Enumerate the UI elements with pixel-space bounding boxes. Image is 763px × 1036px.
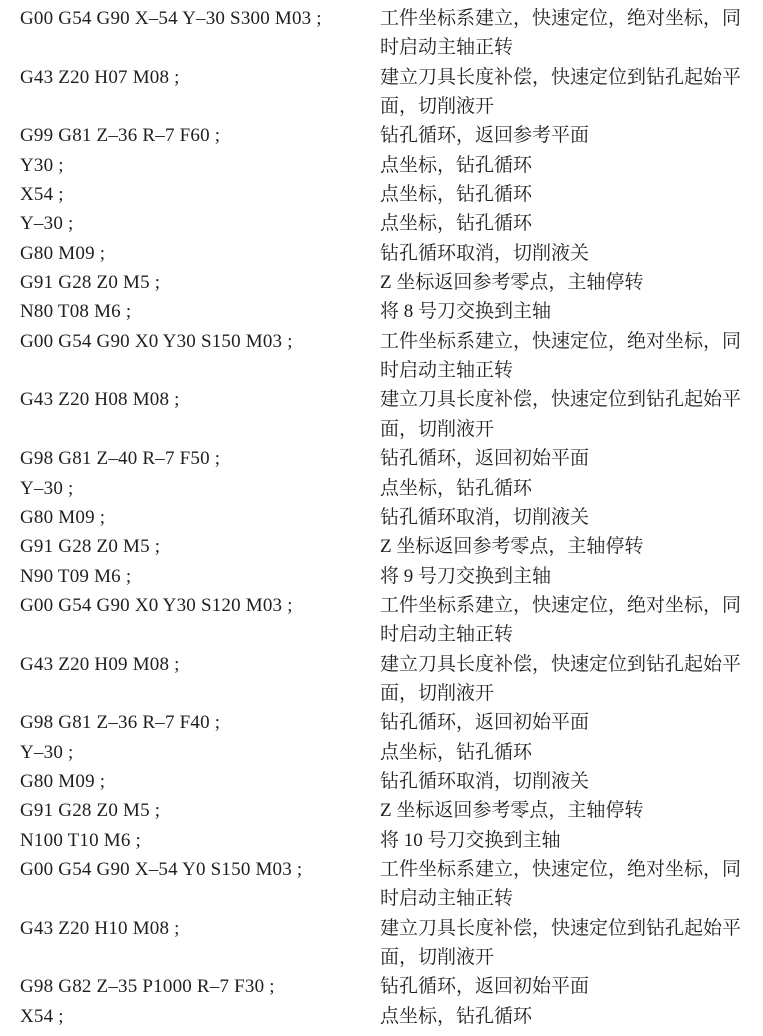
code-row: X54 ; 点坐标，钻孔循环 bbox=[20, 1002, 749, 1031]
code-row: G80 M09 ; 钻孔循环取消，切削液关 bbox=[20, 503, 749, 532]
code-row: N90 T09 M6 ; 将 9 号刀交换到主轴 bbox=[20, 562, 749, 591]
description-cell: 点坐标，钻孔循环 bbox=[380, 151, 748, 180]
description-cell: 建立刀具长度补偿，快速定位到钻孔起始平面，切削液开 bbox=[380, 650, 748, 709]
code-row: G91 G28 Z0 M5 ; Z 坐标返回参考零点，主轴停转 bbox=[20, 796, 749, 825]
code-row: Y–30 ; 点坐标，钻孔循环 bbox=[20, 209, 749, 238]
document-page: G00 G54 G90 X–54 Y–30 S300 M03 ; 工件坐标系建立… bbox=[0, 0, 763, 1036]
gcode-cell: G00 G54 G90 X–54 Y0 S150 M03 ; bbox=[20, 855, 380, 884]
code-row: G43 Z20 H07 M08 ; 建立刀具长度补偿，快速定位到钻孔起始平面，切… bbox=[20, 63, 749, 122]
gcode-cell: X54 ; bbox=[20, 1002, 380, 1031]
code-row: G00 G54 G90 X–54 Y–30 S300 M03 ; 工件坐标系建立… bbox=[20, 4, 749, 63]
gcode-cell: G99 G81 Z–36 R–7 F60 ; bbox=[20, 121, 380, 150]
code-row: G43 Z20 H10 M08 ; 建立刀具长度补偿，快速定位到钻孔起始平面，切… bbox=[20, 914, 749, 973]
code-row: G91 G28 Z0 M5 ; Z 坐标返回参考零点，主轴停转 bbox=[20, 268, 749, 297]
gcode-cell: G80 M09 ; bbox=[20, 239, 380, 268]
description-cell: 点坐标，钻孔循环 bbox=[380, 474, 748, 503]
description-cell: 点坐标，钻孔循环 bbox=[380, 180, 748, 209]
description-cell: 点坐标，钻孔循环 bbox=[380, 738, 748, 767]
gcode-cell: G43 Z20 H09 M08 ; bbox=[20, 650, 380, 679]
gcode-cell: Y–30 ; bbox=[20, 474, 380, 503]
gcode-cell: G00 G54 G90 X0 Y30 S150 M03 ; bbox=[20, 327, 380, 356]
gcode-cell: Y–30 ; bbox=[20, 209, 380, 238]
description-cell: 点坐标，钻孔循环 bbox=[380, 209, 748, 238]
description-cell: 将 9 号刀交换到主轴 bbox=[380, 562, 748, 591]
code-row: G80 M09 ; 钻孔循环取消，切削液关 bbox=[20, 767, 749, 796]
code-row: G00 G54 G90 X–54 Y0 S150 M03 ; 工件坐标系建立，快… bbox=[20, 855, 749, 914]
description-cell: 将 8 号刀交换到主轴 bbox=[380, 297, 748, 326]
description-cell: 钻孔循环，返回初始平面 bbox=[380, 444, 748, 473]
code-row: N80 T08 M6 ; 将 8 号刀交换到主轴 bbox=[20, 297, 749, 326]
gcode-cell: G91 G28 Z0 M5 ; bbox=[20, 268, 380, 297]
code-row: Y–30 ; 点坐标，钻孔循环 bbox=[20, 738, 749, 767]
gcode-cell: G98 G81 Z–36 R–7 F40 ; bbox=[20, 708, 380, 737]
code-row: G43 Z20 H08 M08 ; 建立刀具长度补偿，快速定位到钻孔起始平面，切… bbox=[20, 385, 749, 444]
description-cell: 钻孔循环取消，切削液关 bbox=[380, 239, 748, 268]
code-row: G98 G81 Z–40 R–7 F50 ; 钻孔循环，返回初始平面 bbox=[20, 444, 749, 473]
code-row: G99 G81 Z–36 R–7 F60 ; 钻孔循环，返回参考平面 bbox=[20, 121, 749, 150]
description-cell: 钻孔循环取消，切削液关 bbox=[380, 503, 748, 532]
gcode-listing: G00 G54 G90 X–54 Y–30 S300 M03 ; 工件坐标系建立… bbox=[20, 4, 749, 1031]
gcode-cell: N80 T08 M6 ; bbox=[20, 297, 380, 326]
gcode-cell: Y–30 ; bbox=[20, 738, 380, 767]
gcode-cell: N90 T09 M6 ; bbox=[20, 562, 380, 591]
description-cell: 工件坐标系建立，快速定位，绝对坐标，同时启动主轴正转 bbox=[380, 4, 748, 63]
description-cell: 建立刀具长度补偿，快速定位到钻孔起始平面，切削液开 bbox=[380, 914, 748, 973]
gcode-cell: G91 G28 Z0 M5 ; bbox=[20, 796, 380, 825]
gcode-cell: G43 Z20 H08 M08 ; bbox=[20, 385, 380, 414]
code-row: N100 T10 M6 ; 将 10 号刀交换到主轴 bbox=[20, 826, 749, 855]
description-cell: 钻孔循环，返回初始平面 bbox=[380, 972, 748, 1001]
gcode-cell: X54 ; bbox=[20, 180, 380, 209]
description-cell: 钻孔循环取消，切削液关 bbox=[380, 767, 748, 796]
description-cell: 点坐标，钻孔循环 bbox=[380, 1002, 748, 1031]
gcode-cell: N100 T10 M6 ; bbox=[20, 826, 380, 855]
description-cell: 钻孔循环，返回参考平面 bbox=[380, 121, 748, 150]
description-cell: 工件坐标系建立，快速定位，绝对坐标，同时启动主轴正转 bbox=[380, 855, 748, 914]
description-cell: 工件坐标系建立，快速定位，绝对坐标，同时启动主轴正转 bbox=[380, 591, 748, 650]
description-cell: Z 坐标返回参考零点，主轴停转 bbox=[380, 268, 748, 297]
description-cell: 钻孔循环，返回初始平面 bbox=[380, 708, 748, 737]
code-row: G00 G54 G90 X0 Y30 S150 M03 ; 工件坐标系建立，快速… bbox=[20, 327, 749, 386]
gcode-cell: G80 M09 ; bbox=[20, 503, 380, 532]
code-row: G98 G81 Z–36 R–7 F40 ; 钻孔循环，返回初始平面 bbox=[20, 708, 749, 737]
description-cell: 建立刀具长度补偿，快速定位到钻孔起始平面，切削液开 bbox=[380, 385, 748, 444]
description-cell: 工件坐标系建立，快速定位，绝对坐标，同时启动主轴正转 bbox=[380, 327, 748, 386]
gcode-cell: G80 M09 ; bbox=[20, 767, 380, 796]
code-row: G91 G28 Z0 M5 ; Z 坐标返回参考零点，主轴停转 bbox=[20, 532, 749, 561]
gcode-cell: G43 Z20 H10 M08 ; bbox=[20, 914, 380, 943]
code-row: G98 G82 Z–35 P1000 R–7 F30 ; 钻孔循环，返回初始平面 bbox=[20, 972, 749, 1001]
code-row: G00 G54 G90 X0 Y30 S120 M03 ; 工件坐标系建立，快速… bbox=[20, 591, 749, 650]
gcode-cell: Y30 ; bbox=[20, 151, 380, 180]
gcode-cell: G91 G28 Z0 M5 ; bbox=[20, 532, 380, 561]
gcode-cell: G43 Z20 H07 M08 ; bbox=[20, 63, 380, 92]
description-cell: Z 坐标返回参考零点，主轴停转 bbox=[380, 532, 748, 561]
code-row: Y30 ; 点坐标，钻孔循环 bbox=[20, 151, 749, 180]
description-cell: 建立刀具长度补偿，快速定位到钻孔起始平面，切削液开 bbox=[380, 63, 748, 122]
gcode-cell: G00 G54 G90 X–54 Y–30 S300 M03 ; bbox=[20, 4, 380, 33]
gcode-cell: G98 G82 Z–35 P1000 R–7 F30 ; bbox=[20, 972, 380, 1001]
code-row: G43 Z20 H09 M08 ; 建立刀具长度补偿，快速定位到钻孔起始平面，切… bbox=[20, 650, 749, 709]
gcode-cell: G98 G81 Z–40 R–7 F50 ; bbox=[20, 444, 380, 473]
code-row: G80 M09 ; 钻孔循环取消，切削液关 bbox=[20, 239, 749, 268]
description-cell: Z 坐标返回参考零点，主轴停转 bbox=[380, 796, 748, 825]
description-cell: 将 10 号刀交换到主轴 bbox=[380, 826, 748, 855]
gcode-cell: G00 G54 G90 X0 Y30 S120 M03 ; bbox=[20, 591, 380, 620]
code-row: Y–30 ; 点坐标，钻孔循环 bbox=[20, 474, 749, 503]
code-row: X54 ; 点坐标，钻孔循环 bbox=[20, 180, 749, 209]
